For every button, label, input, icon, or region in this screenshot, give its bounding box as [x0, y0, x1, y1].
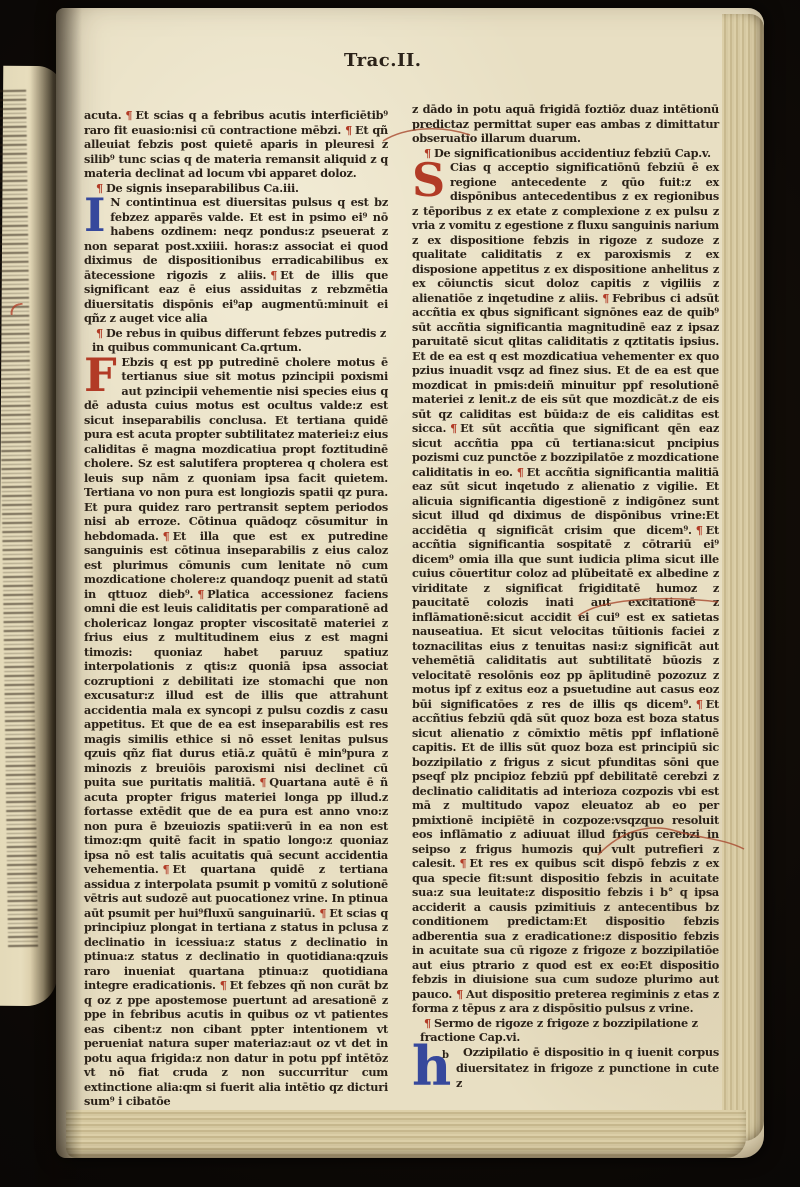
paraph-mark-icon: ¶: [92, 326, 106, 340]
chapter-heading: ¶De signis inseparabilibus Ca.iii.: [84, 181, 388, 196]
paraph-mark-icon: ¶: [513, 465, 527, 479]
paraph-mark-icon: ¶: [341, 123, 355, 137]
paraph-mark-icon: ¶: [420, 146, 434, 160]
page-edges-right: [722, 14, 764, 1141]
paraph-mark-icon: ¶: [193, 587, 207, 601]
chapter-heading: ¶Sermo de rigoze z frigoze z bozzipilati…: [412, 1016, 719, 1045]
illuminated-initial: F: [84, 356, 116, 398]
paraph-mark-icon: ¶: [159, 529, 173, 543]
page-edges-bottom: [66, 1110, 746, 1158]
text-block: FEbzis q est pp putredinē cholere motus …: [84, 355, 388, 1109]
chapter-heading: ¶De significationibus accidentiuz febziū…: [412, 146, 719, 161]
paraph-mark-icon: ¶: [692, 697, 706, 711]
running-title: Trac.II.: [344, 50, 422, 71]
photograph-background: Trac.II. acuta.¶Et scias q a febribus ac…: [0, 0, 800, 1187]
paraph-mark-icon: ¶: [692, 523, 706, 537]
text-block: z dādo in potu aquā frigidā foztiōz duaz…: [412, 102, 719, 146]
illuminated-initial: S: [412, 161, 445, 203]
facing-page-edge: [0, 66, 63, 1006]
guide-letter: b: [442, 1050, 449, 1061]
text-block: acuta.¶Et scias q a febribus acutis inte…: [84, 108, 388, 181]
paraph-mark-icon: ¶: [216, 978, 230, 992]
text-block: SCias q acceptio significatiōnū febziū ē…: [412, 160, 719, 1016]
facing-page-text-ghost: [0, 90, 38, 950]
paraph-mark-icon: ¶: [455, 856, 469, 870]
paraph-mark-icon: ¶: [159, 862, 173, 876]
paraph-mark-icon: ¶: [315, 906, 329, 920]
book-page: Trac.II. acuta.¶Et scias q a febribus ac…: [56, 8, 764, 1158]
paraph-mark-icon: ¶: [92, 181, 106, 195]
text-column-right: z dādo in potu aquā frigidā foztiōz duaz…: [412, 102, 719, 1090]
paraph-mark-icon: ¶: [121, 108, 135, 122]
paraph-mark-icon: ¶: [255, 775, 269, 789]
paraph-mark-icon: ¶: [598, 291, 612, 305]
text-block: IN contintinua est diuersitas pulsus q e…: [84, 195, 388, 326]
paraph-mark-icon: ¶: [266, 268, 280, 282]
paraph-mark-icon: ¶: [446, 421, 460, 435]
paraph-mark-icon: ¶: [420, 1016, 434, 1030]
text-column-left: acuta.¶Et scias q a febribus acutis inte…: [84, 108, 388, 1109]
text-block: hbOzzipilatio ē dispositio in q iuenit c…: [412, 1045, 719, 1091]
illuminated-initial: I: [84, 196, 105, 238]
chapter-heading: ¶De rebus in quibus differunt febzes put…: [84, 326, 388, 355]
paraph-mark-icon: ¶: [452, 987, 466, 1001]
